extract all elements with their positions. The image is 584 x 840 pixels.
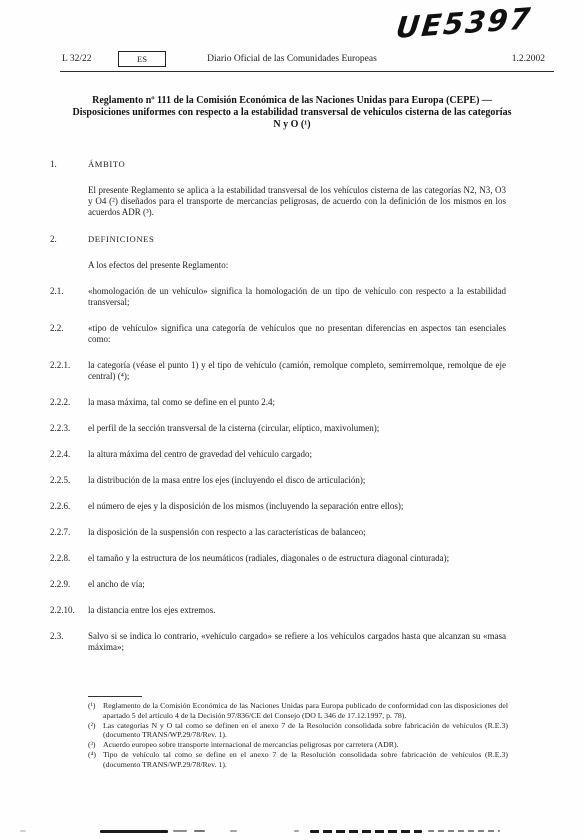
- section-row: El presente Reglamento se aplica a la es…: [50, 185, 506, 218]
- section-number: 1.: [50, 159, 88, 170]
- header-rule: [60, 71, 554, 72]
- footnote: (³) Acuerdo europeo sobre transporte int…: [88, 740, 508, 750]
- scan-artifact-line: [294, 830, 299, 832]
- footnote-marker: (⁴): [88, 750, 103, 770]
- section-text: la altura máxima del centro de gravedad …: [88, 449, 506, 460]
- section-row: 1. ÁMBITO: [50, 159, 506, 170]
- section-row: 2.2.7. la disposición de la suspensión c…: [50, 527, 506, 538]
- section-row: 2.2. «tipo de vehículo» significa una ca…: [50, 323, 506, 345]
- section-row: 2.1. «homologación de un vehículo» signi…: [50, 286, 506, 308]
- scan-artifact-line: [173, 830, 187, 832]
- section-text: el tamaño y la estructura de los neumáti…: [88, 553, 506, 564]
- scan-artifact-line: [194, 830, 205, 832]
- section-number: 2.2.4.: [50, 449, 88, 460]
- footnote-text: Las categorías N y O tal como se definen…: [103, 721, 508, 741]
- regulation-body: 1. ÁMBITO El presente Reglamento se apli…: [50, 159, 506, 668]
- section-text: «tipo de vehículo» significa una categor…: [88, 323, 506, 345]
- section-number: 2.2.5.: [50, 475, 88, 486]
- footnote-separator: [88, 696, 142, 697]
- section-number: 2.3.: [50, 631, 88, 653]
- section-row: 2.2.2. la masa máxima, tal como se defin…: [50, 397, 506, 408]
- section-number: 2.: [50, 234, 88, 245]
- section-heading: DEFINICIONES: [88, 234, 506, 245]
- section-text: A los efectos del presente Reglamento:: [88, 260, 506, 271]
- scan-artifact-line: [310, 830, 422, 833]
- section-row: 2. DEFINICIONES: [50, 234, 506, 245]
- section-heading: ÁMBITO: [88, 159, 506, 170]
- section-text: El presente Reglamento se aplica a la es…: [88, 185, 506, 218]
- footnote-marker: (¹): [88, 701, 103, 721]
- scan-artifact-line: [100, 830, 168, 833]
- section-text: el perfil de la sección transversal de l…: [88, 423, 506, 434]
- section-text: la disposición de la suspensión con resp…: [88, 527, 506, 538]
- section-row: 2.2.10. la distancia entre los ejes extr…: [50, 605, 506, 616]
- section-number: 2.2.3.: [50, 423, 88, 434]
- section-number: 2.2.8.: [50, 553, 88, 564]
- handwritten-annotation: UE5397: [394, 1, 533, 45]
- section-text: la distribución de la masa entre los eje…: [88, 475, 506, 486]
- section-row: 2.2.4. la altura máxima del centro de gr…: [50, 449, 506, 460]
- section-number: 2.2.6.: [50, 501, 88, 512]
- regulation-title: Reglamento nº 111 de la Comisión Económi…: [72, 95, 512, 131]
- section-text: el número de ejes y la disposición de lo…: [88, 501, 506, 512]
- footnote-text: Tipo de vehículo tal como se define en e…: [103, 750, 508, 770]
- section-row: A los efectos del presente Reglamento:: [50, 260, 506, 271]
- footnotes-block: (¹) Reglamento de la Comisión Económica …: [88, 696, 508, 770]
- section-row: 2.2.9. el ancho de vía;: [50, 579, 506, 590]
- section-text: la masa máxima, tal como se define en el…: [88, 397, 506, 408]
- section-row: 2.2.6. el número de ejes y la disposició…: [50, 501, 506, 512]
- section-number: 2.2.7.: [50, 527, 88, 538]
- section-row: 2.2.1. la categoría (véase el punto 1) y…: [50, 360, 506, 382]
- footnote-marker: (²): [88, 721, 103, 741]
- section-number: 2.2.: [50, 323, 88, 345]
- section-number: [50, 185, 88, 218]
- issue-date: 1.2.2002: [512, 54, 545, 64]
- scan-artifact-line: [230, 830, 237, 832]
- section-row: 2.3. Salvo si se indica lo contrario, «v…: [50, 631, 506, 653]
- section-text: el ancho de vía;: [88, 579, 506, 590]
- section-row: 2.2.3. el perfil de la sección transvers…: [50, 423, 506, 434]
- scan-artifact-line: [428, 830, 500, 832]
- section-text: Salvo si se indica lo contrario, «vehícu…: [88, 631, 506, 653]
- section-row: 2.2.8. el tamaño y la estructura de los …: [50, 553, 506, 564]
- footnote: (²) Las categorías N y O tal como se def…: [88, 721, 508, 741]
- section-number: 2.1.: [50, 286, 88, 308]
- journal-page: UE5397 L 32/22 ES Diario Oficial de las …: [0, 0, 584, 840]
- section-number: 2.2.9.: [50, 579, 88, 590]
- section-text: «homologación de un vehículo» significa …: [88, 286, 506, 308]
- footnote-text: Reglamento de la Comisión Económica de l…: [103, 701, 508, 721]
- section-number: 2.2.1.: [50, 360, 88, 382]
- section-number: 2.2.2.: [50, 397, 88, 408]
- section-text: la categoría (véase el punto 1) y el tip…: [88, 360, 506, 382]
- footnote-text: Acuerdo europeo sobre transporte interna…: [103, 740, 508, 750]
- section-number: 2.2.10.: [50, 605, 88, 616]
- scan-artifact-line: [20, 830, 26, 832]
- section-row: 2.2.5. la distribución de la masa entre …: [50, 475, 506, 486]
- section-number: [50, 260, 88, 271]
- section-text: la distancia entre los ejes extremos.: [88, 605, 506, 616]
- footnote-marker: (³): [88, 740, 103, 750]
- footnote: (⁴) Tipo de vehículo tal como se define …: [88, 750, 508, 770]
- footnote: (¹) Reglamento de la Comisión Económica …: [88, 701, 508, 721]
- journal-title: Diario Oficial de las Comunidades Europe…: [0, 54, 584, 64]
